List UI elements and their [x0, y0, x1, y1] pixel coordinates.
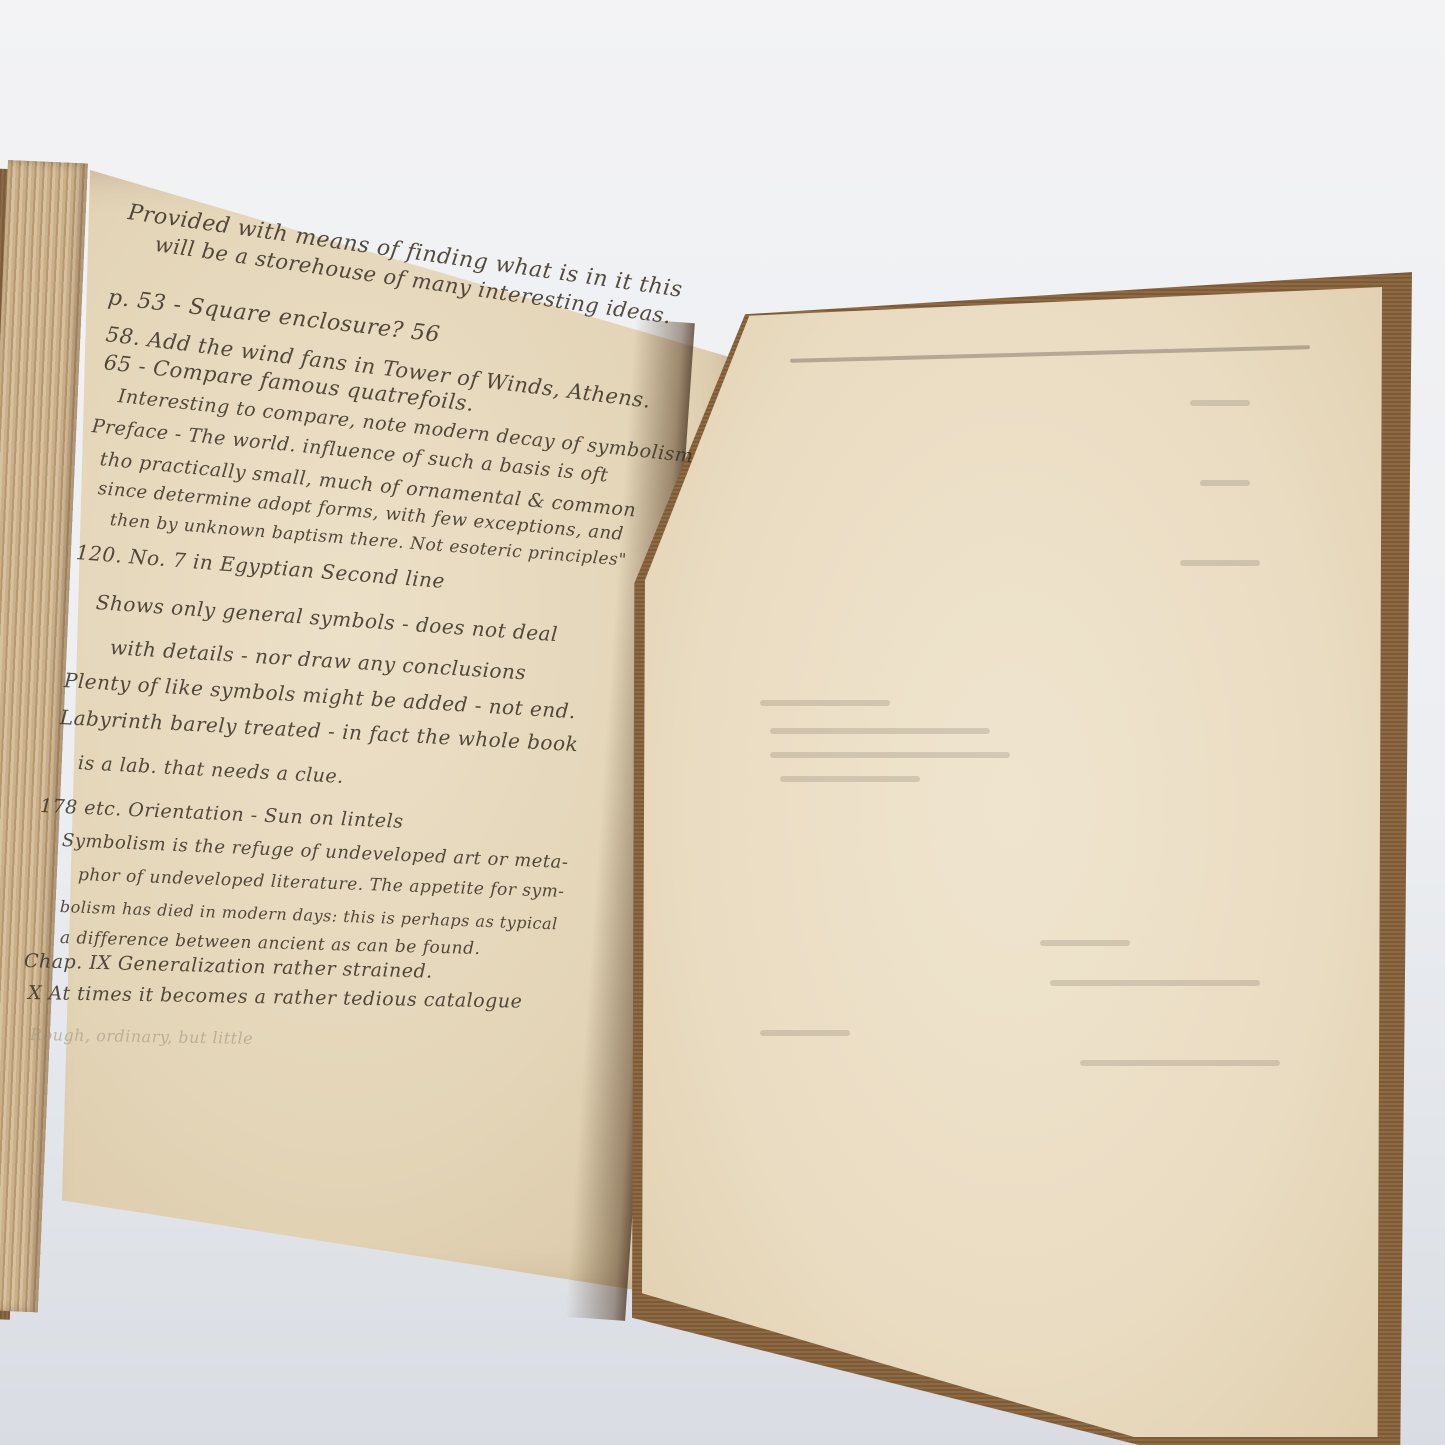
book-photo: Handwritten notes page Blank endpaper wi… — [0, 0, 1445, 1445]
bleed-through-mark — [1050, 980, 1260, 986]
bleed-through-mark — [1040, 940, 1130, 946]
bleed-through-mark — [1180, 560, 1260, 566]
bleed-through-mark — [1200, 480, 1250, 486]
bleed-through-mark — [1080, 1060, 1280, 1066]
bleed-through-mark — [760, 1030, 850, 1036]
bleed-through-mark — [1190, 400, 1250, 406]
bleed-through-mark — [770, 752, 1010, 758]
endpaper-page: Blank endpaper with faint bleed-through — [642, 287, 1382, 1437]
bleed-through-mark — [770, 728, 990, 734]
bleed-through-mark — [760, 700, 890, 706]
bleed-through-mark — [780, 776, 920, 782]
